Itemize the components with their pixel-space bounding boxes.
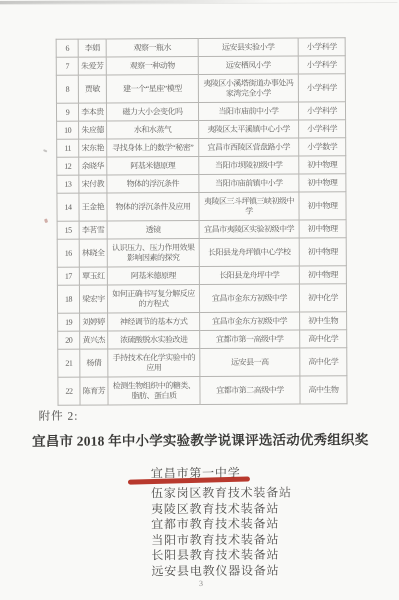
cell-school: 宜昌市金东方初级中学 [200,312,300,331]
table-row: 14王金艳物体的浮沉条件及应用夷陵区三斗坪镇三峡初级中学初中物理 [57,192,346,222]
cell-topic: 手持技术在化学实验中的应用 [108,348,200,376]
cell-name: 贾敏 [78,75,106,103]
table-row: 15李茗雪透镜宜昌市夷陵区实验初级中学初中物理 [57,220,346,240]
cell-no: 16 [57,239,79,267]
cell-name: 刘婷婷 [80,313,108,331]
attachment-label: 附件 2: [39,408,79,424]
cell-topic: 物体的浮沉条件 [107,175,199,193]
award-item-label: 宜都市教育技术装备站 [151,517,279,532]
table-row: 19刘婷婷神经调节的基本方式宜昌市金东方初级中学初中生物 [58,312,347,332]
cell-topic: 神经调节的基本方式 [108,312,200,330]
cell-school: 当阳市庙前中小学 [198,102,298,121]
cell-topic: 物体的浮沉条件及应用 [107,193,199,221]
cell-no: 20 [58,331,80,349]
table-row: 13宋付教物体的浮沉条件当阳市庙前镇中小学初中物理 [57,174,346,194]
cell-school: 长阳县龙舟坪镇中心学校 [199,238,299,267]
cell-topic: 观察一种动物 [106,57,198,75]
cell-subject: 初中物理 [299,174,346,192]
cell-school: 远安县实验小学 [198,38,298,57]
award-item-label: 长阳县教育技术装备站 [151,548,279,563]
cell-name: 李茗雪 [79,221,107,239]
cell-name: 李本贵 [78,103,106,121]
cell-name: 王金艳 [79,193,107,221]
award-item-label: 远安县电教仪器设备站 [151,563,279,578]
cell-topic: 磁力大小会变化吗 [106,103,198,121]
cell-topic: 建一个“星座”模型 [106,75,198,103]
cell-name: 李娟 [78,39,106,57]
scanned-document-page: 6李娟观察一瓶水远安县实验小学小学科学7朱爱芳观察一种动物远安栖凤小学小学科学8… [0,0,399,600]
cell-name: 黄兴杰 [80,331,108,349]
cell-subject: 高中化学 [300,330,347,348]
cell-topic: 寻找身体上的数学“秘密” [107,139,199,157]
cell-topic: 检测生物组织中的糖类、脂肪、蛋白质 [108,376,200,404]
cell-school: 夷陵区三斗坪镇三峡初级中学 [199,192,299,221]
cell-school: 宜昌市西陵区营盘路小学 [199,138,299,157]
award-organization-list: 宜昌市第一中学伍家岗区教育技术装备站夷陵区教育技术装备站宜都市教育技术装备站当阳… [151,466,292,580]
cell-subject: 小学科学 [298,56,345,74]
page-number: 3 [1,578,399,589]
award-item: 远安县电教仪器设备站 [151,563,292,579]
cell-name: 林晓全 [79,239,107,267]
cell-no: 9 [56,103,78,121]
cell-school: 夷陵区太平溪镇中心小学 [199,120,299,139]
cell-topic: 观察一瓶水 [106,39,198,57]
cell-school: 宜都市第二高级中学 [200,376,300,405]
cell-school: 当阳市庙前镇中小学 [199,174,299,193]
cell-no: 8 [56,75,78,103]
cell-no: 19 [58,313,80,331]
cell-subject: 初中物理 [299,156,346,174]
cell-name: 宋付教 [79,175,107,193]
cell-name: 梁宏宇 [79,285,107,313]
table-row: 6李娟观察一瓶水远安县实验小学小学科学 [56,38,345,58]
table-row: 11宋东艳寻找身体上的数学“秘密”宜昌市西陵区营盘路小学小学数学 [57,138,346,158]
results-table-body: 6李娟观察一瓶水远安县实验小学小学科学7朱爱芳观察一种动物远安栖凤小学小学科学8… [56,38,347,406]
cell-school: 宜都市第一高级中学 [200,330,300,349]
cell-no: 7 [56,57,78,75]
award-item: 长阳县教育技术装备站 [151,548,292,564]
cell-no: 6 [56,39,78,57]
cell-no: 14 [57,193,79,221]
award-item-label: 当阳市教育技术装备站 [151,532,279,547]
cell-subject: 小学科学 [298,74,345,102]
table-row: 17覃玉红阿基米德原理长阳县龙舟坪中学初中物理 [57,266,346,286]
cell-subject: 初中生物 [300,312,347,330]
cell-school: 远安县一高 [200,348,300,377]
award-item: 当阳市教育技术装备站 [151,532,292,548]
cell-school: 当阳市坝陵初级中学 [199,156,299,175]
table-row: 12余晓华阿基米德原理当阳市坝陵初级中学初中物理 [57,156,346,176]
cell-no: 10 [57,121,79,139]
cell-no: 22 [58,377,80,405]
cell-topic: 阿基米德原理 [107,157,199,175]
table-row: 18梁宏宇如何正确书写复分解反应的方程式宜昌市金东方初级中学初中化学 [57,284,346,314]
cell-name: 宋东艳 [79,139,107,157]
cell-name: 朱爱芳 [78,57,106,75]
cell-school: 长阳县龙舟坪中学 [199,266,299,285]
cell-no: 13 [57,175,79,193]
cell-subject: 小学数学 [299,138,346,156]
cell-school: 远安栖凤小学 [198,56,298,75]
award-item-label: 夷陵区教育技术装备站 [151,501,279,516]
cell-topic: 浓硫酸脱水实验改进 [108,330,200,348]
award-item: 伍家岗区教育技术装备站 [151,486,292,502]
award-item: 宜昌市第一中学 [151,466,292,482]
table-row: 9李本贵磁力大小会变化吗当阳市庙前中小学小学科学 [56,102,345,122]
ink-speck [44,218,48,223]
cell-no: 15 [57,221,79,239]
cell-name: 朱应德 [79,121,107,139]
cell-no: 17 [57,267,79,285]
cell-topic: 透镜 [107,221,199,239]
cell-name: 杨倩 [80,349,108,377]
cell-subject: 小学科学 [298,38,345,56]
table-row: 10朱应德水和水蒸气夷陵区太平溪镇中心小学小学科学 [57,120,346,140]
cell-subject: 初中物理 [299,192,346,220]
cell-subject: 初中化学 [299,284,346,312]
cell-topic: 认识压力、压力作用效果影响因素的探究 [107,239,199,267]
cell-subject: 小学科学 [299,120,346,138]
cell-subject: 初中物理 [299,266,346,284]
cell-name: 陈育芳 [80,377,108,405]
cell-name: 覃玉红 [79,267,107,285]
cell-topic: 水和水蒸气 [107,121,199,139]
award-item: 夷陵区教育技术装备站 [151,501,292,517]
cell-no: 12 [57,157,79,175]
award-item: 宜都市教育技术装备站 [151,517,292,533]
cell-no: 11 [57,139,79,157]
cell-subject: 小学科学 [298,102,345,120]
cell-school: 夷陵区小溪塔街道办事处冯家湾完全小学 [198,74,298,103]
cell-topic: 如何正确书写复分解反应的方程式 [107,285,199,313]
cell-topic: 阿基米德原理 [107,267,199,285]
cell-subject: 初中物理 [299,238,346,266]
cell-no: 18 [57,285,79,313]
table-row: 20黄兴杰浓硫酸脱水实验改进宜都市第一高级中学高中化学 [58,330,347,350]
cell-subject: 高中化学 [300,348,347,376]
cell-school: 宜昌市夷陵区实验初级中学 [199,220,299,239]
section-title: 宜昌市 2018 年中小学实验教学说课评选活动优秀组织奖 [1,428,399,450]
cell-name: 余晓华 [79,157,107,175]
cell-subject: 初中物理 [299,220,346,238]
table-row: 21杨倩手持技术在化学实验中的应用远安县一高高中化学 [58,348,347,378]
cell-school: 宜昌市金东方初级中学 [199,284,299,313]
cell-no: 21 [58,349,80,377]
table-row: 8贾敏建一个“星座”模型夷陵区小溪塔街道办事处冯家湾完全小学小学科学 [56,74,345,104]
award-results-table: 6李娟观察一瓶水远安县实验小学小学科学7朱爱芳观察一种动物远安栖凤小学小学科学8… [56,37,348,406]
table-row: 22陈育芳检测生物组织中的糖类、脂肪、蛋白质宜都市第二高级中学高中生物 [58,376,347,406]
red-underline-mark [128,476,250,484]
award-item-label: 伍家岗区教育技术装备站 [151,486,292,501]
table-row: 7朱爱芳观察一种动物远安栖凤小学小学科学 [56,56,345,76]
cell-subject: 高中生物 [300,376,347,404]
table-row: 16林晓全认识压力、压力作用效果影响因素的探究长阳县龙舟坪镇中心学校初中物理 [57,238,346,268]
ink-speck [43,149,47,152]
